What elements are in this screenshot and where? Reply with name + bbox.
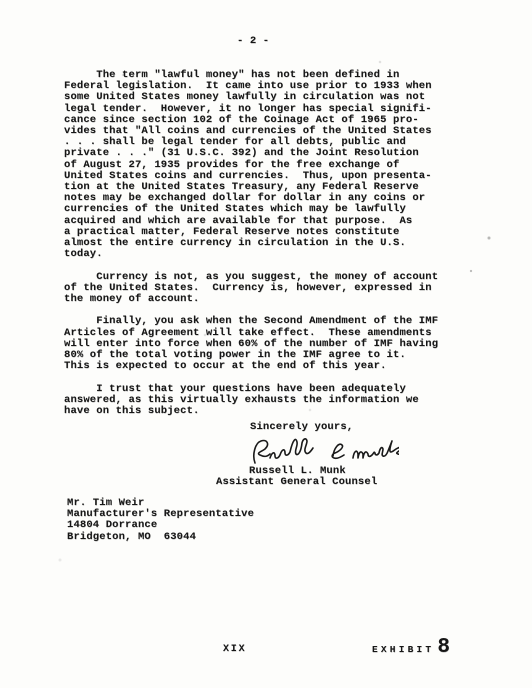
exhibit-number: 8 [437, 636, 450, 660]
page-number-header: - 2 - [237, 36, 269, 47]
letter-body: The term "lawful money" has not been def… [64, 70, 494, 417]
signer-title: Assistant General Counsel [216, 477, 377, 488]
paragraph-lawful-money: The term "lawful money" has not been def… [64, 70, 494, 260]
paragraph-money-of-account: Currency is not, as you suggest, the mon… [64, 272, 494, 306]
footer-page-roman-numeral: XIX [223, 644, 246, 655]
paragraph-closing-remarks: I trust that your questions have been ad… [64, 384, 494, 418]
closing-salutation: Sincerely yours, [250, 422, 353, 433]
exhibit-stamp: EXHIBIT 8 [372, 636, 450, 660]
recipient-address: Mr. Tim Weir Manufacturer's Representati… [67, 498, 254, 543]
paragraph-imf-amendment: Finally, you ask when the Second Amendme… [64, 316, 494, 372]
scanned-letter-page: - 2 - The term "lawful money" has not be… [0, 0, 532, 688]
exhibit-label: EXHIBIT [372, 644, 434, 655]
